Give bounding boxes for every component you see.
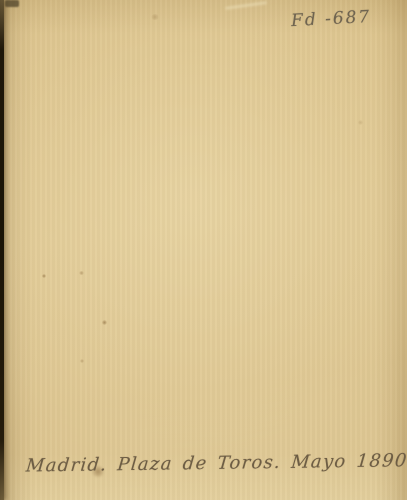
album-page: Fd -687 Madrid. Plaza de Toros. Mayo 189… [0, 0, 407, 500]
surface-streak [225, 1, 267, 10]
foxing-spot [79, 271, 84, 275]
foxing-spot [102, 320, 107, 325]
foxing-spot [42, 274, 46, 278]
foxing-spot [80, 359, 84, 363]
corner-smudge [5, 0, 19, 7]
catalog-number-inscription: Fd -687 [290, 7, 371, 31]
foxing-spot [151, 14, 159, 20]
binding-edge [0, 0, 4, 500]
foxing-spot [358, 120, 363, 125]
caption-inscription: Madrid. Plaza de Toros. Mayo 1890. [25, 450, 387, 476]
